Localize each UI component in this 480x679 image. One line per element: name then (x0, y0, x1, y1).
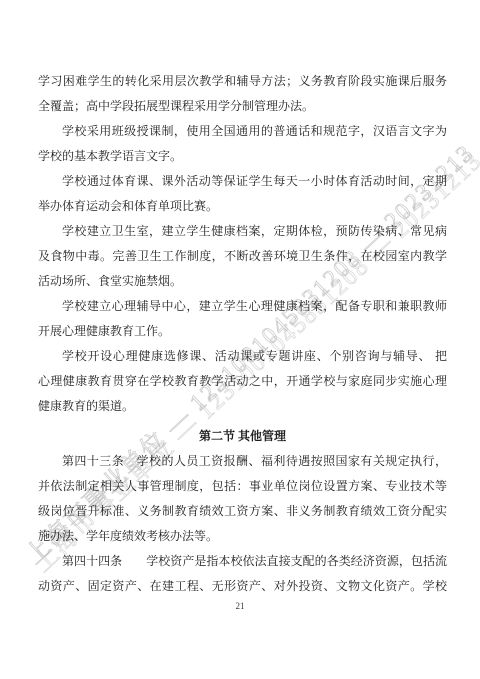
text-line: 第四十三条 学校的人员工资报酬、福利待遇按照国家有关规定执行， (38, 449, 447, 474)
text-line: 学校采用班级授课制，使用全国通用的普通话和规范字，汉语言文字为 (38, 119, 447, 144)
text-line: 学校的基本教学语言文字。 (38, 144, 447, 169)
paragraph: 第四十四条 学校资产是指本校依法直接支配的各类经济资源，包括流动资产、固定资产、… (38, 549, 447, 599)
paragraph: 第四十三条 学校的人员工资报酬、福利待遇按照国家有关规定执行，并依法制定相关人事… (38, 449, 447, 549)
paragraph: 学校建立心理辅导中心，建立学生心理健康档案，配备专职和兼职教师开展心理健康教育工… (38, 294, 447, 344)
section-heading: 第二节 其他管理 (38, 424, 447, 449)
text-line: 开展心理健康教育工作。 (38, 319, 447, 344)
document-body: 学习困难学生的转化采用层次教学和辅导方法；义务教育阶段实施课后服务全覆盖；高中学… (38, 69, 447, 599)
text-line: 及食物中毒。完善卫生工作制度，不断改善环境卫生条件，在校园室内教学 (38, 244, 447, 269)
text-line: 学校建立心理辅导中心，建立学生心理健康档案，配备专职和兼职教师 (38, 294, 447, 319)
page-number: 21 (0, 601, 480, 611)
text-line: 学校开设心理健康选修课、活动课或专题讲座、个别咨询与辅导、 把 (38, 344, 447, 369)
text-line: 心理健康教育贯穿在学校教育教学活动之中，开通学校与家庭同步实施心理 (38, 369, 447, 394)
text-line: 学校建立卫生室，建立学生健康档案，定期体检，预防传染病、常见病 (38, 219, 447, 244)
paragraph: 学校采用班级授课制，使用全国通用的普通话和规范字，汉语言文字为学校的基本教学语言… (38, 119, 447, 169)
text-line: 动资产、固定资产、在建工程、无形资产、对外投资、文物文化资产。学校 (38, 574, 447, 599)
text-line: 全覆盖；高中学段拓展型课程采用学分制管理办法。 (38, 94, 447, 119)
text-line: 健康教育的渠道。 (38, 394, 447, 419)
text-line: 学校通过体育课、课外活动等保证学生每天一小时体育活动时间，定期 (38, 169, 447, 194)
paragraph: 学校建立卫生室，建立学生健康档案，定期体检，预防传染病、常见病及食物中毒。完善卫… (38, 219, 447, 294)
text-line: 举办体育运动会和体育单项比赛。 (38, 194, 447, 219)
document-page: 上海市事业单位 — 1231001045831208 — 20231213 上海… (0, 0, 480, 679)
text-line: 级岗位晋升标准、义务制教育绩效工资方案、非义务制教育绩效工资分配实 (38, 499, 447, 524)
paragraph: 学习困难学生的转化采用层次教学和辅导方法；义务教育阶段实施课后服务全覆盖；高中学… (38, 69, 447, 119)
text-line: 并依法制定相关人事管理制度，包括：事业单位岗位设置方案、专业技术等 (38, 474, 447, 499)
text-line: 施办法、学年度绩效考核办法等。 (38, 524, 447, 549)
paragraph: 学校开设心理健康选修课、活动课或专题讲座、个别咨询与辅导、 把心理健康教育贯穿在… (38, 344, 447, 419)
paragraph: 学校通过体育课、课外活动等保证学生每天一小时体育活动时间，定期举办体育运动会和体… (38, 169, 447, 219)
text-line: 活动场所、食堂实施禁烟。 (38, 269, 447, 294)
text-line: 第四十四条 学校资产是指本校依法直接支配的各类经济资源，包括流 (38, 549, 447, 574)
text-line: 学习困难学生的转化采用层次教学和辅导方法；义务教育阶段实施课后服务 (38, 69, 447, 94)
